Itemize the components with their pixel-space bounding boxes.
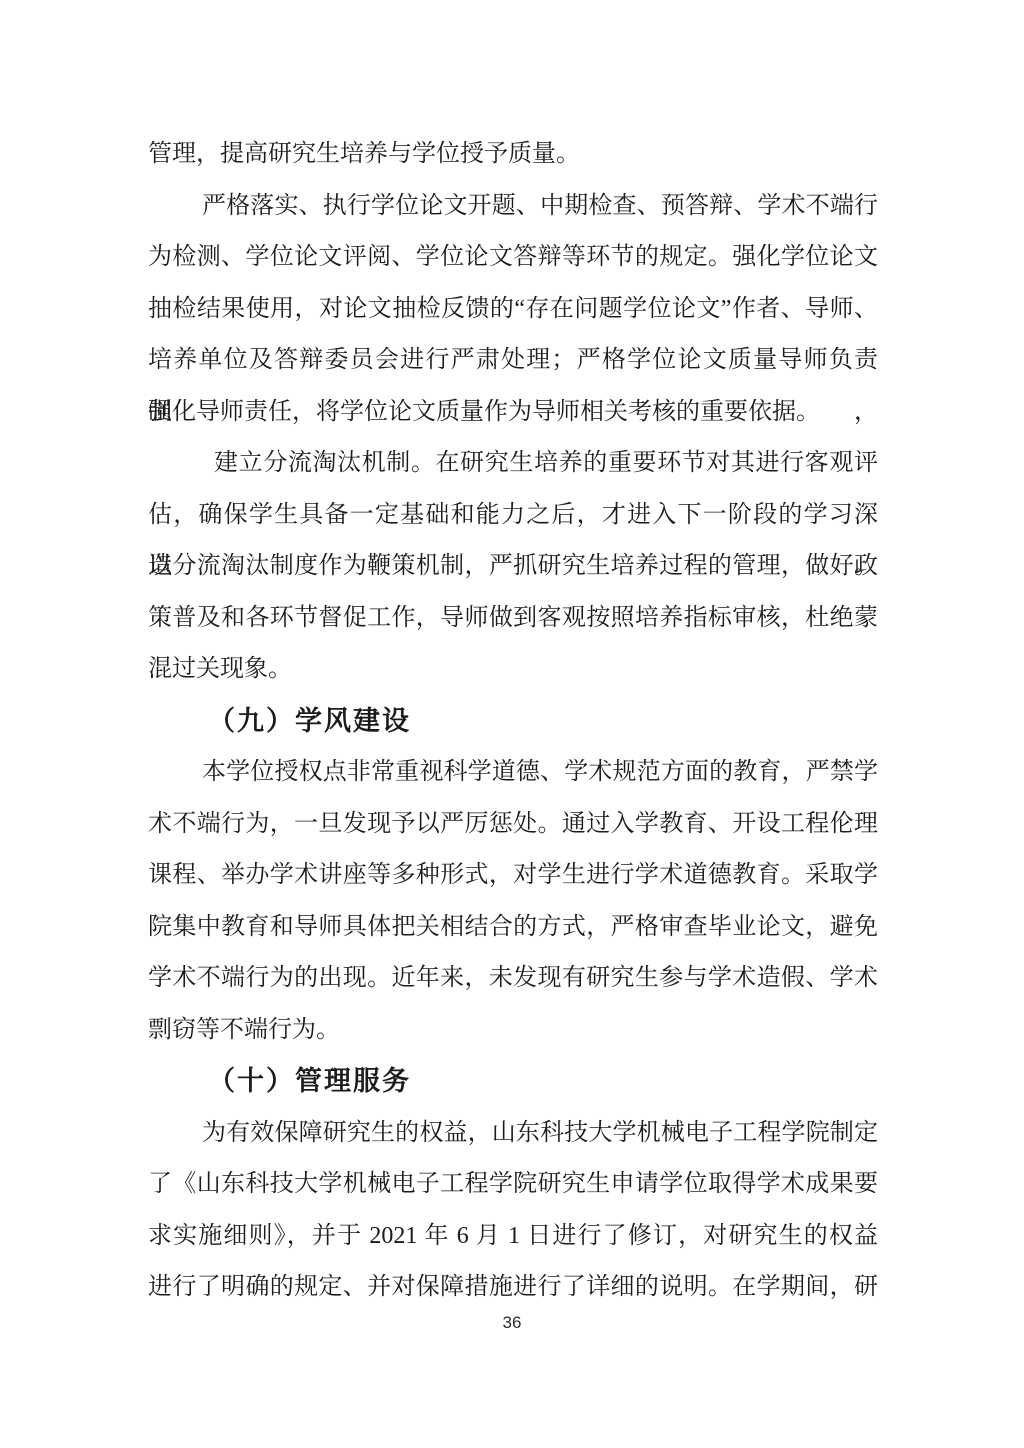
body-line: 强化导师责任，将学位论文质量作为导师相关考核的重要依据。: [148, 387, 878, 439]
body-line: 了《山东科技大学机械电子工程学院研究生申请学位取得学术成果要: [148, 1159, 878, 1211]
body-line: 培养单位及答辩委员会进行严肃处理；严格学位论文质量导师负责制，: [148, 335, 878, 387]
page-number: 36: [0, 1313, 1024, 1333]
section-heading-nine: （九）学风建设: [148, 696, 878, 748]
section-heading-ten: （十）管理服务: [148, 1056, 878, 1108]
body-line: 严格落实、执行学位论文开题、中期检查、预答辩、学术不端行: [148, 181, 878, 233]
body-line: 求实施细则》，并于 2021 年 6 月 1 日进行了修订，对研究生的权益: [148, 1211, 878, 1263]
body-line: 抽检结果使用，对论文抽检反馈的“存在问题学位论文”作者、导师、: [148, 284, 878, 336]
body-line: 为检测、学位论文评阅、学位论文答辩等环节的规定。强化学位论文: [148, 232, 878, 284]
document-page: 管理，提高研究生培养与学位授予质量。 严格落实、执行学位论文开题、中期检查、预答…: [0, 0, 1024, 1448]
body-line: 建立分流淘汰机制。在研究生培养的重要环节对其进行客观评: [148, 438, 878, 490]
body-line: 以分流淘汰制度作为鞭策机制，严抓研究生培养过程的管理，做好政: [148, 541, 878, 593]
body-line: 课程、举办学术讲座等多种形式，对学生进行学术道德教育。采取学: [148, 850, 878, 902]
body-line: 术不端行为，一旦发现予以严厉惩处。通过入学教育、开设工程伦理: [148, 799, 878, 851]
body-line: 进行了明确的规定、并对保障措施进行了详细的说明。在学期间，研: [148, 1262, 878, 1314]
body-line: 学术不端行为的出现。近年来，未发现有研究生参与学术造假、学术: [148, 953, 878, 1005]
body-line: 本学位授权点非常重视科学道德、学术规范方面的教育，严禁学: [148, 747, 878, 799]
body-line: 为有效保障研究生的权益，山东科技大学机械电子工程学院制定: [148, 1108, 878, 1160]
body-line: 估，确保学生具备一定基础和能力之后，才进入下一阶段的学习深造。: [148, 490, 878, 542]
body-line: 管理，提高研究生培养与学位授予质量。: [148, 129, 878, 181]
body-line: 院集中教育和导师具体把关相结合的方式，严格审查毕业论文，避免: [148, 902, 878, 954]
page-body: 管理，提高研究生培养与学位授予质量。 严格落实、执行学位论文开题、中期检查、预答…: [148, 129, 878, 1314]
body-line: 剽窃等不端行为。: [148, 1005, 878, 1057]
body-line: 策普及和各环节督促工作，导师做到客观按照培养指标审核，杜绝蒙: [148, 593, 878, 645]
body-line: 混过关现象。: [148, 644, 878, 696]
